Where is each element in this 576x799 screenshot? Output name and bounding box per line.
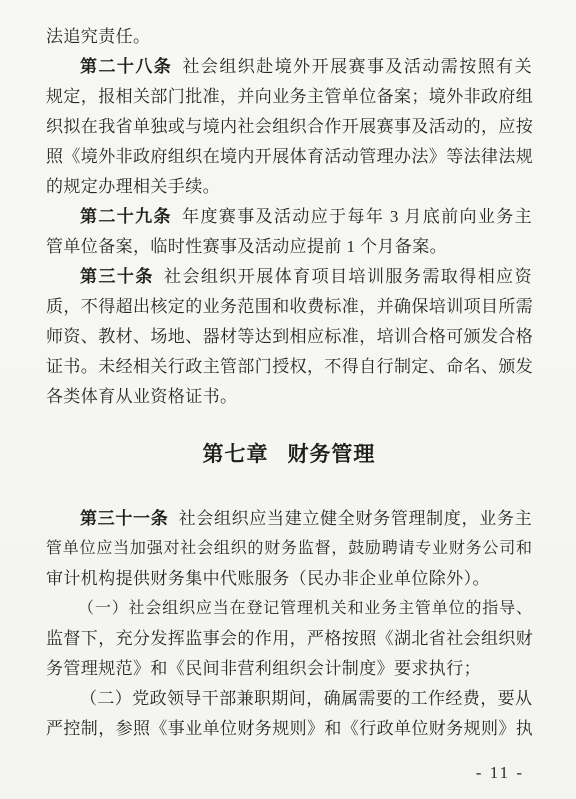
text-line: 的规定办理相关手续。 [46, 172, 532, 202]
text-line-content: 年度赛事及活动应于每年 3 月底前向业务主 [182, 207, 532, 226]
text-line-content: 师资、教材、场地、器材等达到相应标准，培训合格可颁发合格 [46, 327, 533, 346]
text-line-content: 社会组织开展体育项目培训服务需取得相应资 [164, 267, 532, 286]
text-line: 务管理规范》和《民间非营利组织会计制度》要求执行； [46, 654, 532, 684]
chapter-heading: 第七章财务管理 [46, 438, 532, 472]
text-line-content: 规定，报相关部门批准，并向业务主管单位备案；境外非政府组 [46, 87, 533, 106]
article-number: 第二十八条 [80, 57, 172, 76]
text-line-content: 管单位备案，临时性赛事及活动应提前 1 个月备案。 [46, 237, 447, 256]
text-line: （二）党政领导干部兼职期间，确属需要的工作经费，要从 [46, 684, 532, 714]
article-number: 第三十条 [80, 267, 154, 286]
document-page: 法追究责任。 第二十八条社会组织赴境外开展赛事及活动需按照有关 规定，报相关部门… [0, 0, 576, 799]
text-line: 第二十八条社会组织赴境外开展赛事及活动需按照有关 [46, 52, 532, 82]
article-number: 第二十九条 [80, 207, 172, 226]
text-line-content: 严控制，参照《事业单位财务规则》和《行政单位财务规则》执 [46, 719, 533, 738]
text-line-content: 质，不得超出核定的业务范围和收费标准，并确保培训项目所需 [46, 297, 533, 316]
text-line: 第二十九条年度赛事及活动应于每年 3 月底前向业务主 [46, 202, 532, 232]
text-line-content: （一）社会组织应当在登记管理机关和业务主管单位的指导、 [78, 600, 532, 617]
text-line-content: 务管理规范》和《民间非营利组织会计制度》要求执行； [46, 659, 481, 678]
text-line-content: 监督下，充分发挥监事会的作用，严格按照《湖北省社会组织财 [46, 629, 533, 648]
text-line-content: 各类体育从业资格证书。 [46, 387, 237, 406]
document-body: 法追究责任。 第二十八条社会组织赴境外开展赛事及活动需按照有关 规定，报相关部门… [0, 0, 576, 744]
text-line: 证书。未经相关行政主管部门授权，不得自行制定、命名、颁发 [46, 352, 532, 382]
text-line-content: 的规定办理相关手续。 [46, 177, 220, 196]
text-line: 织拟在我省单独或与境内社会组织合作开展赛事及活动的，应按 [46, 112, 532, 142]
text-line-content: 法追究责任。 [46, 27, 150, 46]
text-line: 第三十一条社会组织应当建立健全财务管理制度，业务主 [46, 504, 532, 534]
text-line-content: 审计机构提供财务集中代账服务（民办非企业单位除外）。 [46, 569, 490, 588]
page-number: - 11 - [476, 763, 524, 783]
text-line: 监督下，充分发挥监事会的作用，严格按照《湖北省社会组织财 [46, 624, 532, 654]
text-line-content: 织拟在我省单独或与境内社会组织合作开展赛事及活动的，应按 [46, 117, 533, 136]
text-line-content: 照《境外非政府组织在境内开展体育活动管理办法》等法律法规 [46, 147, 533, 166]
text-line-content: （二）党政领导干部兼职期间，确属需要的工作经费，要从 [80, 689, 532, 708]
text-line: 管单位备案，临时性赛事及活动应提前 1 个月备案。 [46, 232, 532, 262]
text-line: 规定，报相关部门批准，并向业务主管单位备案；境外非政府组 [46, 82, 532, 112]
text-line-content: 社会组织赴境外开展赛事及活动需按照有关 [182, 57, 532, 76]
text-line-content: 证书。未经相关行政主管部门授权，不得自行制定、命名、颁发 [46, 357, 533, 376]
text-line: 法追究责任。 [46, 22, 532, 52]
chapter-title: 财务管理 [287, 443, 375, 466]
text-line: 严控制，参照《事业单位财务规则》和《行政单位财务规则》执 [46, 714, 532, 744]
text-line: 第三十条社会组织开展体育项目培训服务需取得相应资 [46, 262, 532, 292]
text-line: 各类体育从业资格证书。 [46, 382, 532, 412]
article-number: 第三十一条 [80, 509, 168, 528]
text-line: （一）社会组织应当在登记管理机关和业务主管单位的指导、 [46, 594, 532, 624]
text-line-content: 管单位应当加强对社会组织的财务监督，鼓励聘请专业财务公司和 [46, 540, 532, 557]
text-line: 照《境外非政府组织在境内开展体育活动管理办法》等法律法规 [46, 142, 532, 172]
chapter-number: 第七章 [203, 443, 269, 466]
text-line: 审计机构提供财务集中代账服务（民办非企业单位除外）。 [46, 564, 532, 594]
text-line: 质，不得超出核定的业务范围和收费标准，并确保培训项目所需 [46, 292, 532, 322]
text-line: 师资、教材、场地、器材等达到相应标准，培训合格可颁发合格 [46, 322, 532, 352]
text-line-content: 社会组织应当建立健全财务管理制度，业务主 [179, 509, 532, 528]
text-line: 管单位应当加强对社会组织的财务监督，鼓励聘请专业财务公司和 [46, 534, 532, 564]
